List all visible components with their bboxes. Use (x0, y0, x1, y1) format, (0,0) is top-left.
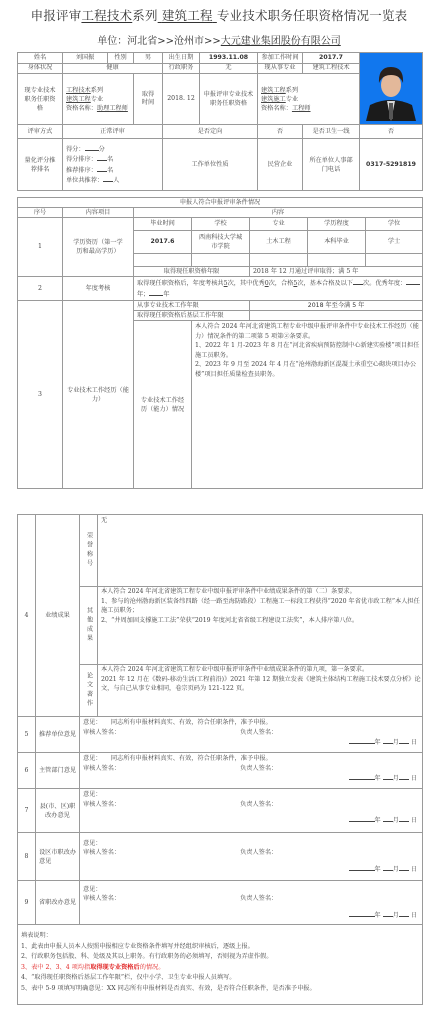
date-day: 日 (411, 912, 417, 919)
quant-values: 得分：分 得分排序：名 推荐排序：名 单位共推荐：人 (63, 139, 163, 191)
achievements-label: 业绩成果 (36, 515, 80, 717)
reviewer-sign-label: 审核人签名： (83, 895, 120, 902)
unit-total-blank[interactable] (103, 175, 113, 182)
qual-years-value: 2018 年 12 月通过评审取得；满 5 年 (250, 267, 423, 277)
edu-degree: 学士 (366, 231, 423, 254)
conditions-section-title: 申报人符合申报评审条件情况 (18, 198, 423, 208)
work-detail-line: 本人符合 2024 年河北省建筑工程专业中级申报评审条件中专业技术工作经历（能力… (195, 322, 421, 341)
admin-label: 行政职务 (163, 63, 200, 74)
opinion-no: 5 (18, 717, 36, 753)
date-day: 日 (411, 739, 417, 746)
date-line: 年 月 日 (83, 864, 421, 875)
leader-sign-label: 负责人签名： (240, 729, 277, 736)
title-prefix: 申报评审 (31, 8, 82, 23)
col-content-header: 内容 (134, 208, 423, 218)
unit-nature-value: 民营企业 (258, 139, 303, 191)
reviewer-sign-label: 审核人签名： (83, 765, 120, 772)
obtain-time-value: 2018. 12 (163, 74, 200, 125)
leader-sign-label: 负责人签名： (240, 765, 277, 772)
conditions-table: 申报人符合申报评审条件情况 序号 内容项目 内容 1 学历资历（第一学历和最高学… (17, 197, 423, 489)
paper-line: 2021 年 12 月在《数码-移动生活(工程前沿)》2021 年第 12 期独… (101, 675, 421, 694)
health-line-value: 否 (360, 125, 423, 139)
series-word: 系列 (286, 87, 298, 94)
reviewer-sign-label: 审核人签名： (83, 729, 120, 736)
honor-label: 荣誉称号 (80, 515, 98, 587)
unit-total-label: 单位共推荐： (66, 177, 103, 184)
opinion-text: 意见： (83, 839, 421, 849)
annual-no: 2 (18, 277, 63, 301)
date-line: 年 月 日 (83, 910, 421, 921)
apply-qualification-value: 建筑工程系列 建筑施工专业 资格名称：工程师 (258, 74, 360, 125)
work-years-value: 2018 年至今满 5 年 (250, 301, 423, 311)
opinion-text: 意见： (83, 790, 421, 800)
current-qualification-label: 现专业技术职务任职资格 (18, 74, 63, 125)
opinion-label: 推荐单位意见 (36, 717, 80, 753)
apply-major: 建筑施工 (261, 96, 286, 103)
current-major-field: 建筑工程 (66, 96, 91, 103)
qual-name-label: 资格名称： (66, 105, 97, 112)
edu-no: 1 (18, 218, 63, 277)
score-label: 得分： (66, 146, 85, 153)
achievements-no: 4 (18, 515, 36, 717)
series-word: 系列 (91, 87, 103, 94)
opinion-content[interactable]: 意见： 同志所有申报材料真实、有效，符合任职条件，准予申报。 审核人签名：负责人… (80, 717, 423, 753)
qual-years-label: 取得现任职资格年限 (134, 267, 250, 277)
grassroots-years-value (250, 311, 423, 321)
opinion-text: 意见： 同志所有申报材料真实、有效，符合任职条件，准予申报。 (83, 718, 421, 728)
current-major-value: 建筑工程技术 (303, 63, 360, 74)
date-line: 年 月 日 (83, 737, 421, 748)
edu-empty-4 (308, 254, 366, 267)
name-label: 姓名 (18, 53, 63, 64)
opinion-content[interactable]: 意见： 同志所有申报材料真实、有效，符合任职条件，准予申报。 审核人签名：负责人… (80, 753, 423, 789)
edu-major: 土木工程 (250, 231, 308, 254)
edu-header-degree: 学位 (366, 218, 423, 231)
admin-value: 无 (200, 63, 258, 74)
edu-header-school: 学校 (192, 218, 250, 231)
edu-header-major: 专业 (250, 218, 308, 231)
note-item: 5、表中 5-9 项填写明确意见：XX 同志所有申报材料是否真实、有效，是否符合… (21, 984, 421, 995)
grassroots-years-label: 取得现任职资格后基层工作年限 (134, 311, 250, 321)
major-word: 专业 (91, 96, 103, 103)
edu-empty-3 (250, 254, 308, 267)
edu-level: 本科毕业 (308, 231, 366, 254)
applicant-photo (360, 53, 423, 125)
work-detail-label: 专业技术工作经历（能力）情况 (134, 321, 192, 489)
current-major-label: 现从事专业 (258, 63, 303, 74)
edu-empty-1 (134, 254, 192, 267)
page-title: 申报评审工程技术系列 建筑工程 专业技术职务任职资格情况一览表 (0, 6, 438, 24)
other-line: 2、“井周加固支撑施工工法”荣获“2019 年度河北省省级工程建设工法奖”，本人… (101, 616, 421, 626)
unit-nature-label: 工作单位性质 (163, 139, 258, 191)
note-item: 4、“取得现任职资格后基层工作年限”栏，仅中小学、卫生专业申报人员填写。 (21, 973, 421, 984)
directed-label: 是否定向 (163, 125, 258, 139)
unit-line: 单位：河北省>>沧州市>>大元建业集团股份有限公司 (0, 32, 438, 47)
opinion-label: 设区市职改办意见 (36, 833, 80, 881)
fill-instructions: 填表说明： 1、此表由申报人员本人按照申报相应专业资格条件填写并经组织审核后，逐… (18, 925, 423, 1005)
opinion-content[interactable]: 意见： 审核人签名：负责人签名： 年 月 日 (80, 881, 423, 925)
date-line: 年 月 日 (83, 773, 421, 784)
edu-label: 学历资历（第一学历和最高学历） (63, 218, 134, 277)
hr-phone-label: 所在单位人事部门电话 (303, 139, 360, 191)
note-item-3-tail: 的情况。 (140, 964, 165, 971)
edu-header-grad: 毕业时间 (134, 218, 192, 231)
paper-content: 本人符合 2024 年河北省建筑工程专业中级申报评审条件中业绩成果条件的第九项，… (98, 665, 423, 717)
opinion-text: 意见： 同志所有申报材料真实、有效，符合任职条件，准予申报。 (83, 754, 421, 764)
paper-label: 论文著作 (80, 665, 98, 717)
annual-below-blank[interactable] (353, 278, 363, 285)
health-line-label: 是否卫生一线 (303, 125, 360, 139)
date-day: 日 (411, 866, 417, 873)
apply-qual-name: 工程师 (292, 105, 311, 112)
health-value: 健康 (63, 63, 163, 74)
edu-header-level: 学历程度 (308, 218, 366, 231)
achievements-table: 4 业绩成果 荣誉称号 无 其他成果 本人符合 2024 年河北省建筑工程专业中… (17, 514, 423, 1005)
portrait-icon (360, 53, 422, 121)
reviewer-sign-label: 审核人签名： (83, 849, 120, 856)
paper-label-text: 论文著作 (85, 672, 93, 709)
col-item-header: 内容项目 (63, 208, 134, 218)
birth-label: 出生日期 (163, 53, 200, 64)
work-detail-line: 2、2023 年 9 月至 2024 年 4 月在“沧州渤海新区混凝土承重空心砌… (195, 360, 421, 379)
note-item: 2、行政职务包括股、科、处级及其以上职务。有行政职务的必须填写，否则视为弄虚作假… (21, 952, 421, 963)
current-series: 工程技术 (66, 87, 91, 94)
score-rank-blank[interactable] (97, 154, 107, 161)
other-label-text: 其他成果 (85, 607, 93, 644)
work-start-value: 2017.7 (303, 53, 360, 64)
leader-sign-label: 负责人签名： (240, 801, 277, 808)
other-achievements-label: 其他成果 (80, 587, 98, 665)
gender-label: 性别 (108, 53, 134, 64)
person-unit: 人 (113, 177, 119, 184)
work-no: 3 (18, 301, 63, 489)
edu-grad-time: 2017.6 (134, 231, 192, 254)
annual-text: 次，其中优秀 (228, 280, 265, 287)
date-year: 年 (375, 817, 381, 824)
reviewer-sign-label: 审核人签名： (83, 801, 120, 808)
date-day: 日 (411, 775, 417, 782)
other-line: 1、参与的沧州渤海新区装备纬四路（经一路至海防路段）工程施工一标段工程获得“20… (101, 597, 421, 616)
score-blank[interactable] (85, 144, 99, 151)
unit-label: 单位： (97, 36, 127, 47)
date-line: 年 月 日 (83, 815, 421, 826)
work-detail-content: 本人符合 2024 年河北省建筑工程专业中级申报评审条件中专业技术工作经历（能力… (192, 321, 423, 489)
title-suffix: 专业技术职务任职资格情况一览表 (217, 8, 408, 23)
excellent-year-blank-2[interactable] (149, 289, 163, 296)
gender-value: 男 (134, 53, 163, 64)
title-series-suffix: 系列 (132, 8, 157, 23)
title-major: 建筑工程 (162, 8, 213, 23)
review-mode-value: 正常评审 (63, 125, 163, 139)
rank-unit: 名 (107, 156, 113, 163)
opinion-content[interactable]: 意见： 审核人签名：负责人签名： 年 月 日 (80, 789, 423, 833)
edu-empty-2 (192, 254, 250, 267)
notes-title: 填表说明： (21, 931, 421, 942)
work-label: 专业技术工作经历（能力） (63, 301, 134, 489)
opinion-no: 9 (18, 881, 36, 925)
annual-content: 取得现任职资格后，年度考核共5次，其中优秀0次，合格5次，基本合格及以下次。优秀… (134, 277, 423, 301)
current-qualification-value: 工程技术系列 建筑工程专业 资格名称：助理工程师 (63, 74, 134, 125)
date-year: 年 (375, 912, 381, 919)
obtain-time-label: 取得时间 (134, 74, 163, 125)
opinion-text: 意见： (83, 885, 421, 895)
score-rank-label: 得分排序： (66, 156, 97, 163)
opinion-content[interactable]: 意见： 审核人签名：负责人签名： 年 月 日 (80, 833, 423, 881)
other-line: 本人符合 2024 年河北省建筑工程专业中级申报评审条件中业绩成果条件的第（二）… (101, 587, 421, 597)
paper-line: 本人符合 2024 年河北省建筑工程专业中级申报评审条件中业绩成果条件的第九项，… (101, 665, 421, 675)
opinion-label: 省职改办意见 (36, 881, 80, 925)
basic-info-table: 姓名 刘国振 性别 男 出生日期 1993.11.08 参加工作时间 2017.… (17, 52, 423, 191)
annual-text: 取得现任职资格后，年度考核共 (137, 280, 224, 287)
col-no-header: 序号 (18, 208, 63, 218)
name-value: 刘国振 (63, 53, 108, 64)
directed-value: 否 (258, 125, 303, 139)
major-word: 专业 (286, 96, 298, 103)
health-label: 身体状况 (18, 63, 63, 74)
annual-text: 次，合格 (269, 280, 294, 287)
recommend-rank-blank[interactable] (97, 165, 107, 172)
annual-text: 次。优秀年度： (363, 280, 406, 287)
work-start-label: 参加工作时间 (258, 53, 303, 64)
qual-name-label: 资格名称： (261, 105, 292, 112)
hr-phone-value: 0317-5291819 (360, 139, 423, 191)
opinion-no: 8 (18, 833, 36, 881)
work-detail-line: 1、2022 年 1 月-2023 年 8 月在“河北省疾病预防控制中心新建实验… (195, 341, 421, 360)
honor-label-text: 荣誉称号 (85, 532, 93, 569)
annual-text: 次，基本合格及以下 (297, 280, 353, 287)
edu-school: 西南科技大学城市学院 (192, 231, 250, 254)
leader-sign-label: 负责人签名： (240, 895, 277, 902)
note-item-3-head: 3、表中 2、3、4 项均指 (21, 964, 90, 971)
date-year: 年 (375, 775, 381, 782)
unit-path: 河北省>>沧州市>> (127, 36, 221, 47)
apply-series: 建筑工程 (261, 87, 286, 94)
note-item-3-bold: 取得现专业资格后 (90, 964, 140, 971)
review-mode-label: 评审方式 (18, 125, 63, 139)
leader-sign-label: 负责人签名： (240, 849, 277, 856)
date-year: 年 (375, 866, 381, 873)
year-word-end: 年 (163, 291, 169, 298)
annual-label: 年度考核 (63, 277, 134, 301)
opinion-no: 6 (18, 753, 36, 789)
quant-label: 量化评分推荐排名 (18, 139, 63, 191)
opinion-no: 7 (18, 789, 36, 833)
date-day: 日 (411, 817, 417, 824)
excellent-year-blank-1[interactable] (406, 278, 420, 285)
note-item: 1、此表由申报人员本人按照申报相应专业资格条件填写并经组织审核后，逐级上报。 (21, 942, 421, 953)
work-years-label: 从事专业技术工作年限 (134, 301, 250, 311)
opinion-label: 主管部门意见 (36, 753, 80, 789)
honor-value: 无 (98, 515, 423, 587)
other-achievements-content: 本人符合 2024 年河北省建筑工程专业中级申报评审条件中业绩成果条件的第（二）… (98, 587, 423, 665)
edu-empty-5 (366, 254, 423, 267)
date-year: 年 (375, 739, 381, 746)
apply-qualification-label: 申报评审专业技术职务任职资格 (200, 74, 258, 125)
recommend-rank-label: 推荐排序： (66, 167, 97, 174)
rank-unit: 名 (107, 167, 113, 174)
score-unit: 分 (99, 146, 105, 153)
year-word: 年； (137, 291, 149, 298)
opinion-label: 县(市、区)职改办意见 (36, 789, 80, 833)
title-series: 工程技术 (81, 8, 132, 23)
birth-value: 1993.11.08 (200, 53, 258, 64)
unit-name: 大元建业集团股份有限公司 (221, 36, 341, 47)
note-item-highlight: 3、表中 2、3、4 项均指取得现专业资格后的情况。 (21, 963, 421, 974)
current-qual-name: 助理工程师 (97, 105, 128, 112)
